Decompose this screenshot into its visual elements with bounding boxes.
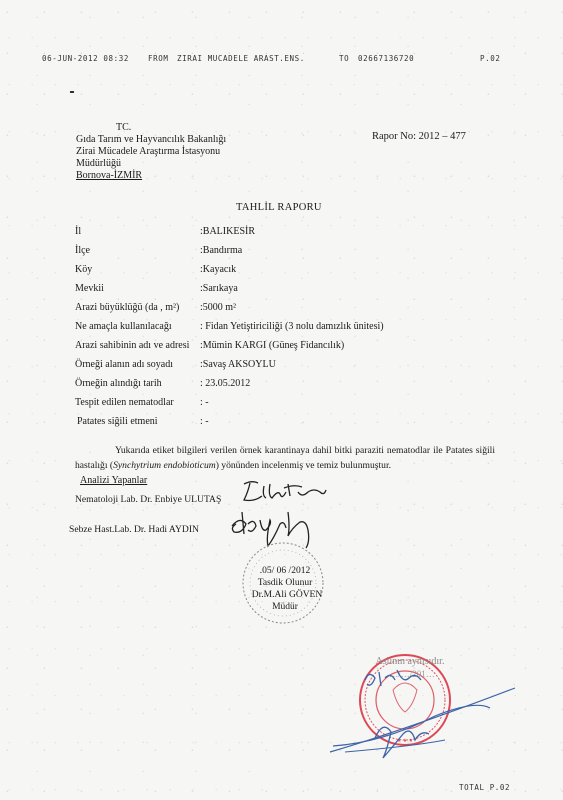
field-row: Köy:Kayacık	[75, 264, 236, 275]
signature-ulutas	[240, 478, 330, 508]
fax-from-label: FROM	[148, 54, 168, 63]
fax-to-label: TO	[339, 54, 349, 63]
field-value: :Sarıkaya	[200, 283, 238, 294]
field-value: :Bandırma	[200, 245, 242, 256]
field-label: İlçe	[75, 245, 200, 256]
approval-text: Tasdik Olunur	[230, 577, 340, 589]
field-value: : 23.05.2012	[200, 378, 250, 389]
field-value: :Savaş AKSOYLU	[200, 359, 276, 370]
field-row: İlçe:Bandırma	[75, 245, 242, 256]
field-row: Tespit edilen nematodlar: -	[75, 397, 209, 408]
letterhead-directorate: Müdürlüğü	[76, 158, 121, 170]
field-label: Örneğin alındığı tarih	[75, 378, 200, 389]
analyst-name-1: Nematoloji Lab. Dr. Enbiye ULUTAŞ	[75, 494, 221, 505]
field-row: Arazi büyüklüğü (da , m²):5000 m²	[75, 302, 236, 313]
approval-role: Müdür	[230, 601, 340, 613]
field-row: Örneği alanın adı soyadı:Savaş AKSOYLU	[75, 359, 276, 370]
field-label: Arazi sahibinin adı ve adresi	[75, 340, 200, 351]
field-value: :BALIKESİR	[200, 226, 255, 237]
field-value: : Fidan Yetiştiriciliği (3 nolu damızlık…	[200, 321, 384, 332]
field-value: :Kayacık	[200, 264, 236, 275]
fax-from: ZIRAI MUCADELE ARAST.ENS.	[177, 54, 305, 63]
field-value: : -	[200, 416, 209, 427]
field-row: Patates siğili etmeni: -	[77, 416, 209, 427]
fax-total-pages: TOTAL P.02	[459, 783, 510, 792]
field-label: Tespit edilen nematodlar	[75, 397, 200, 408]
field-label: Mevkii	[75, 283, 200, 294]
field-row: Mevkii:Sarıkaya	[75, 283, 238, 294]
fax-to-number: 02667136720	[358, 54, 414, 63]
report-title: TAHLİL RAPORU	[236, 202, 322, 213]
fax-document-page: 06-JUN-2012 08:32 FROM ZIRAI MUCADELE AR…	[0, 0, 563, 800]
field-row: Arazi sahibinin adı ve adresi:Mümin KARG…	[75, 340, 344, 351]
approval-name: Dr.M.Ali GÖVEN	[232, 589, 342, 601]
field-label: İl	[75, 226, 200, 237]
letterhead-institute: Zirai Mücadele Araştırma İstasyonu	[76, 146, 220, 158]
field-label: Köy	[75, 264, 200, 275]
letterhead-tc: TC.	[116, 122, 131, 134]
certified-copy-signature	[325, 660, 525, 760]
field-row: Ne amaçla kullanılacağı: Fidan Yetiştiri…	[75, 321, 384, 332]
field-label: Arazi büyüklüğü (da , m²)	[75, 302, 200, 313]
field-value: : -	[200, 397, 209, 408]
report-conclusion: Yukarıda etiket bilgileri verilen örnek …	[75, 443, 495, 473]
field-row: İl:BALIKESİR	[75, 226, 255, 237]
field-label: Patates siğili etmeni	[77, 416, 200, 427]
fax-page: P.02	[480, 54, 500, 63]
letterhead-ministry: Gıda Tarım ve Hayvancılık Bakanlığı	[76, 134, 226, 146]
field-value: :Mümin KARGI (Güneş Fidancılık)	[200, 340, 344, 351]
species-name: Synchytrium endobioticum	[113, 460, 216, 471]
analyst-name-2: Sebze Hast.Lab. Dr. Hadi AYDIN	[69, 524, 199, 535]
letterhead-location: Bornova-İZMİR	[76, 170, 142, 182]
report-number: Rapor No: 2012 – 477	[372, 131, 466, 143]
fax-datetime: 06-JUN-2012 08:32	[42, 54, 129, 63]
field-value: :5000 m²	[200, 302, 236, 313]
field-label: Örneği alanın adı soyadı	[75, 359, 200, 370]
conclusion-text-2: ) yönünden incelenmiş ve temiz bulunmuşt…	[216, 460, 391, 471]
field-row: Örneğin alındığı tarih: 23.05.2012	[75, 378, 250, 389]
approval-date: .05/ 06 /2012	[230, 565, 340, 577]
scan-mark	[70, 91, 74, 93]
analysts-heading: Analizi Yapanlar	[80, 475, 147, 486]
field-label: Ne amaçla kullanılacağı	[75, 321, 200, 332]
